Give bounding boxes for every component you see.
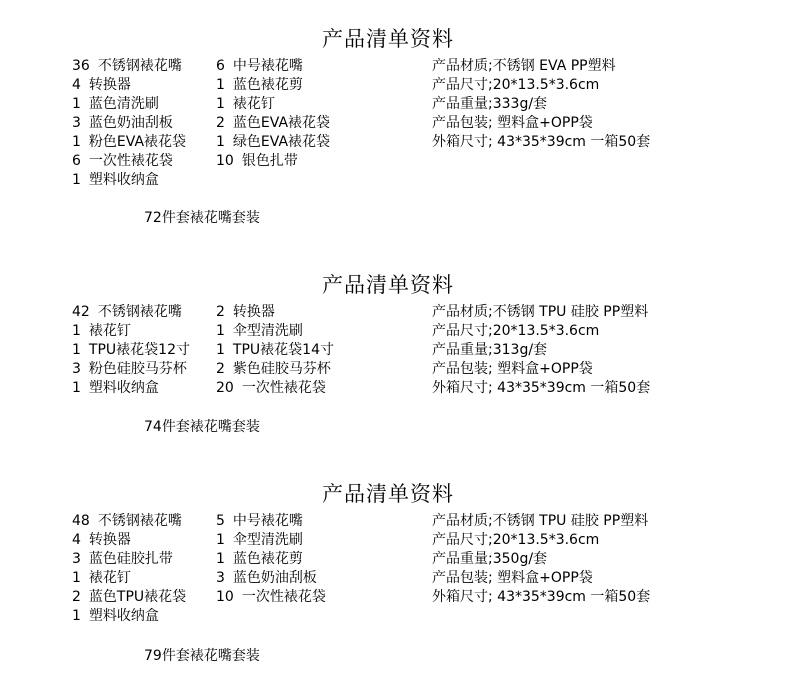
item-list-mid: 2转换器 1伞型清洗刷 1TPU裱花袋14寸 2紫色硅胶马芬杯 20一次性裱花袋	[216, 303, 334, 398]
spec-list: 产品材质;不锈钢 TPU 硅胶 PP塑料 产品尺寸;20*13.5*3.6cm …	[432, 303, 650, 398]
spec-carton: 外箱尺寸; 43*35*39cm 一箱50套	[432, 133, 650, 152]
list-item: 20一次性裱花袋	[216, 379, 334, 398]
list-item: 2蓝色TPU裱花袋	[72, 588, 186, 607]
section-title: 产品清单资料	[322, 272, 454, 298]
spec-weight: 产品重量;350g/套	[432, 550, 650, 569]
list-item: 2紫色硅胶马芬杯	[216, 360, 334, 379]
list-item: 1塑料收纳盒	[72, 607, 186, 626]
spec-list: 产品材质;不锈钢 TPU 硅胶 PP塑料 产品尺寸;20*13.5*3.6cm …	[432, 512, 650, 607]
item-list-left: 48不锈钢裱花嘴 4转换器 3蓝色硅胶扎带 1裱花钉 2蓝色TPU裱花袋 1塑料…	[72, 512, 186, 626]
list-item: 36不锈钢裱花嘴	[72, 57, 186, 76]
section-title: 产品清单资料	[322, 481, 454, 507]
list-item: 5中号裱花嘴	[216, 512, 326, 531]
set-label: 72件套裱花嘴套装	[144, 209, 260, 228]
list-item: 6一次性裱花袋	[72, 152, 186, 171]
list-item: 1蓝色清洗刷	[72, 95, 186, 114]
list-item: 1绿色EVA裱花袋	[216, 133, 330, 152]
section-title: 产品清单资料	[322, 26, 454, 52]
list-item: 1裱花钉	[72, 569, 186, 588]
list-item: 1伞型清洗刷	[216, 531, 326, 550]
list-item: 1塑料收纳盒	[72, 379, 190, 398]
list-item: 3蓝色奶油刮板	[72, 114, 186, 133]
list-item: 1塑料收纳盒	[72, 171, 186, 190]
spec-carton: 外箱尺寸; 43*35*39cm 一箱50套	[432, 379, 650, 398]
item-list-mid: 5中号裱花嘴 1伞型清洗刷 1蓝色裱花剪 3蓝色奶油刮板 10一次性裱花袋	[216, 512, 326, 607]
list-item: 42不锈钢裱花嘴	[72, 303, 190, 322]
list-item: 1粉色EVA裱花袋	[72, 133, 186, 152]
list-item: 6中号裱花嘴	[216, 57, 330, 76]
spec-weight: 产品重量;313g/套	[432, 341, 650, 360]
list-item: 4转换器	[72, 531, 186, 550]
list-item: 3蓝色奶油刮板	[216, 569, 326, 588]
spec-size: 产品尺寸;20*13.5*3.6cm	[432, 322, 650, 341]
spec-packaging: 产品包装; 塑料盒+OPP袋	[432, 114, 650, 133]
list-item: 10一次性裱花袋	[216, 588, 326, 607]
list-item: 48不锈钢裱花嘴	[72, 512, 186, 531]
list-item: 10银色扎带	[216, 152, 330, 171]
spec-weight: 产品重量;333g/套	[432, 95, 650, 114]
list-item: 1TPU裱花袋12寸	[72, 341, 190, 360]
item-list-mid: 6中号裱花嘴 1蓝色裱花剪 1裱花钉 2蓝色EVA裱花袋 1绿色EVA裱花袋 1…	[216, 57, 330, 171]
item-list-left: 36不锈钢裱花嘴 4转换器 1蓝色清洗刷 3蓝色奶油刮板 1粉色EVA裱花袋 6…	[72, 57, 186, 190]
spec-packaging: 产品包装; 塑料盒+OPP袋	[432, 360, 650, 379]
spec-size: 产品尺寸;20*13.5*3.6cm	[432, 531, 650, 550]
list-item: 1TPU裱花袋14寸	[216, 341, 334, 360]
spec-list: 产品材质;不锈钢 EVA PP塑料 产品尺寸;20*13.5*3.6cm 产品重…	[432, 57, 650, 152]
set-label: 74件套裱花嘴套装	[144, 418, 260, 437]
list-item: 1裱花钉	[72, 322, 190, 341]
spec-size: 产品尺寸;20*13.5*3.6cm	[432, 76, 650, 95]
list-item: 2蓝色EVA裱花袋	[216, 114, 330, 133]
list-item: 3粉色硅胶马芬杯	[72, 360, 190, 379]
list-item: 1伞型清洗刷	[216, 322, 334, 341]
list-item: 1蓝色裱花剪	[216, 550, 326, 569]
list-item: 2转换器	[216, 303, 334, 322]
spec-packaging: 产品包装; 塑料盒+OPP袋	[432, 569, 650, 588]
spec-carton: 外箱尺寸; 43*35*39cm 一箱50套	[432, 588, 650, 607]
spec-material: 产品材质;不锈钢 TPU 硅胶 PP塑料	[432, 303, 650, 322]
spec-material: 产品材质;不锈钢 EVA PP塑料	[432, 57, 650, 76]
list-item: 1蓝色裱花剪	[216, 76, 330, 95]
set-label: 79件套裱花嘴套装	[144, 647, 260, 666]
list-item: 1裱花钉	[216, 95, 330, 114]
list-item: 3蓝色硅胶扎带	[72, 550, 186, 569]
item-list-left: 42不锈钢裱花嘴 1裱花钉 1TPU裱花袋12寸 3粉色硅胶马芬杯 1塑料收纳盒	[72, 303, 190, 398]
spec-material: 产品材质;不锈钢 TPU 硅胶 PP塑料	[432, 512, 650, 531]
list-item: 4转换器	[72, 76, 186, 95]
